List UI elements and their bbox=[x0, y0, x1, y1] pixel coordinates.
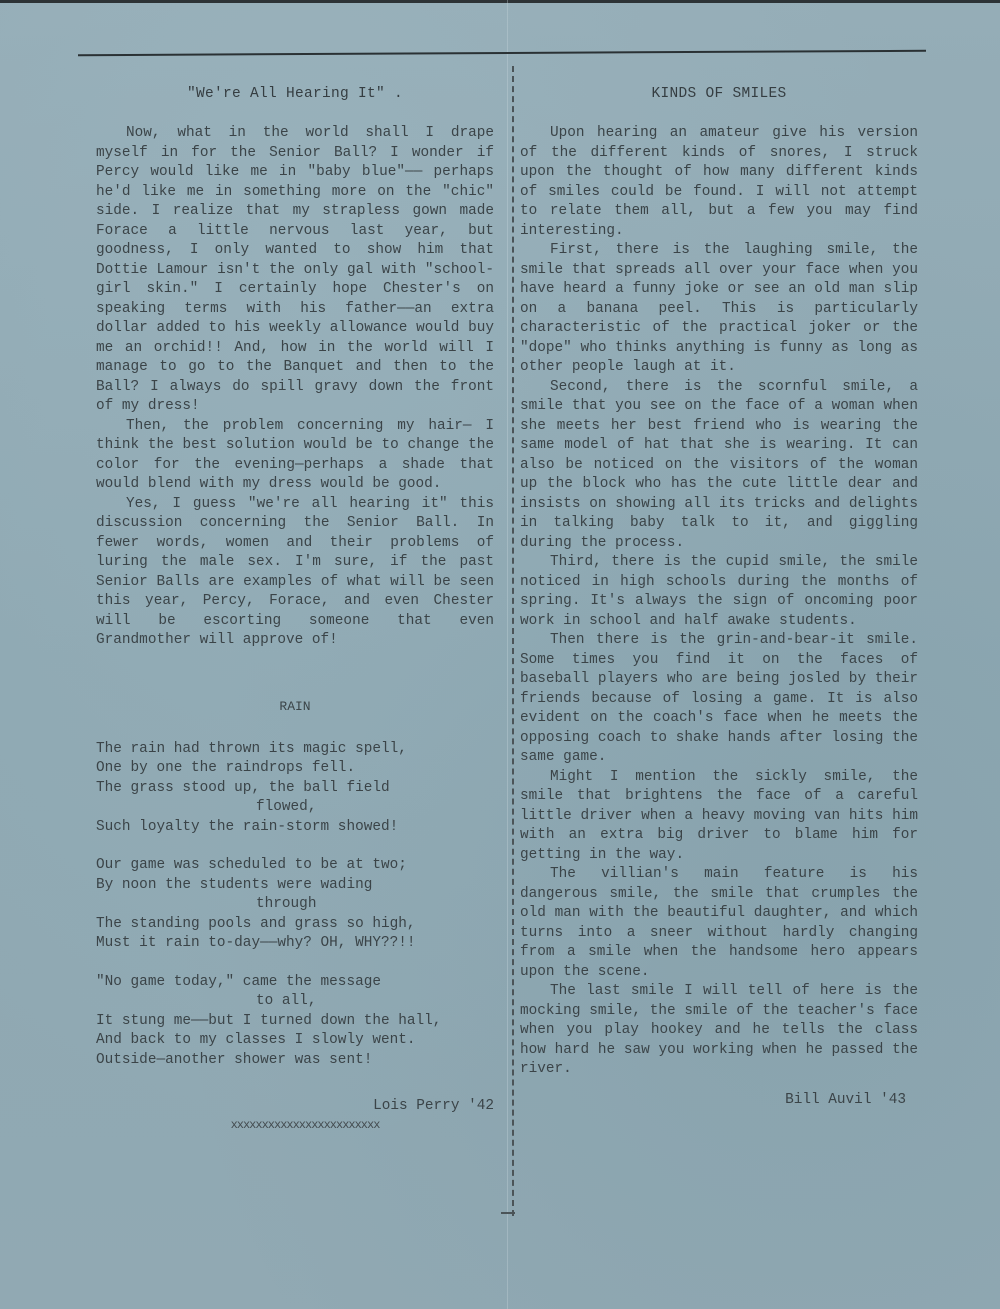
left-article-paragraph: Now, what in the world shall I drape mys… bbox=[96, 124, 494, 417]
poem-stanza: Our game was scheduled to be at two;By n… bbox=[96, 856, 494, 954]
poem-line: The grass stood up, the ball field bbox=[96, 779, 494, 799]
left-article-body: Now, what in the world shall I drape mys… bbox=[96, 124, 494, 651]
poem-author: Lois Perry '42 bbox=[96, 1098, 494, 1114]
poem-line: And back to my classes I slowly went. bbox=[96, 1031, 494, 1051]
poem-stanza: The rain had thrown its magic spell,One … bbox=[96, 740, 494, 838]
poem-line: Outside—another shower was sent! bbox=[96, 1051, 494, 1071]
poem-line: The standing pools and grass so high, bbox=[96, 915, 494, 935]
poem-line: Must it rain to-day——why? OH, WHY??!! bbox=[96, 934, 494, 954]
right-article-paragraph: The last smile I will tell of here is th… bbox=[520, 982, 918, 1080]
right-article-author: Bill Auvil '43 bbox=[520, 1092, 918, 1108]
left-article-paragraph: Yes, I guess "we're all hearing it" this… bbox=[96, 495, 494, 651]
right-column: KINDS OF SMILES Upon hearing an amateur … bbox=[520, 86, 918, 1108]
right-article-paragraph: Might I mention the sickly smile, the sm… bbox=[520, 768, 918, 866]
left-column: "We're All Hearing It" . Now, what in th… bbox=[96, 86, 494, 1132]
poem-line: through bbox=[96, 895, 494, 915]
page-top-edge bbox=[0, 0, 1000, 3]
right-article-paragraph: Then there is the grin-and-bear-it smile… bbox=[520, 631, 918, 768]
poem-line: By noon the students were wading bbox=[96, 876, 494, 896]
right-article-paragraph: Third, there is the cupid smile, the smi… bbox=[520, 553, 918, 631]
poem-line: Such loyalty the rain-storm showed! bbox=[96, 818, 494, 838]
newsletter-page: "We're All Hearing It" . Now, what in th… bbox=[0, 0, 1000, 1309]
right-article-paragraph: First, there is the laughing smile, the … bbox=[520, 241, 918, 378]
poem-line: One by one the raindrops fell. bbox=[96, 759, 494, 779]
poem-line: It stung me——but I turned down the hall, bbox=[96, 1012, 494, 1032]
poem-stanza: "No game today," came the messageto all,… bbox=[96, 973, 494, 1071]
poem-line: Our game was scheduled to be at two; bbox=[96, 856, 494, 876]
right-article-body: Upon hearing an amateur give his version… bbox=[520, 124, 918, 1080]
right-article-paragraph: The villian's main feature is his danger… bbox=[520, 865, 918, 982]
top-rule bbox=[78, 50, 926, 56]
right-article-paragraph: Second, there is the scornful smile, a s… bbox=[520, 378, 918, 554]
poem-line: "No game today," came the message bbox=[96, 973, 494, 993]
poem-title: RAIN bbox=[96, 699, 494, 714]
right-article-title: KINDS OF SMILES bbox=[520, 86, 918, 102]
poem-line: flowed, bbox=[96, 798, 494, 818]
poem-line: The rain had thrown its magic spell, bbox=[96, 740, 494, 760]
right-article-paragraph: Upon hearing an amateur give his version… bbox=[520, 124, 918, 241]
ornament-divider: xxxxxxxxxxxxxxxxxxxxxxxx bbox=[96, 1118, 494, 1132]
paper-fold bbox=[507, 0, 508, 1309]
poem-body: The rain had thrown its magic spell,One … bbox=[96, 740, 494, 1071]
left-article-title: "We're All Hearing It" . bbox=[96, 86, 494, 102]
column-divider-foot bbox=[501, 1212, 515, 1214]
column-divider bbox=[512, 66, 514, 1216]
left-article-paragraph: Then, the problem concerning my hair— I … bbox=[96, 417, 494, 495]
poem-line: to all, bbox=[96, 992, 494, 1012]
